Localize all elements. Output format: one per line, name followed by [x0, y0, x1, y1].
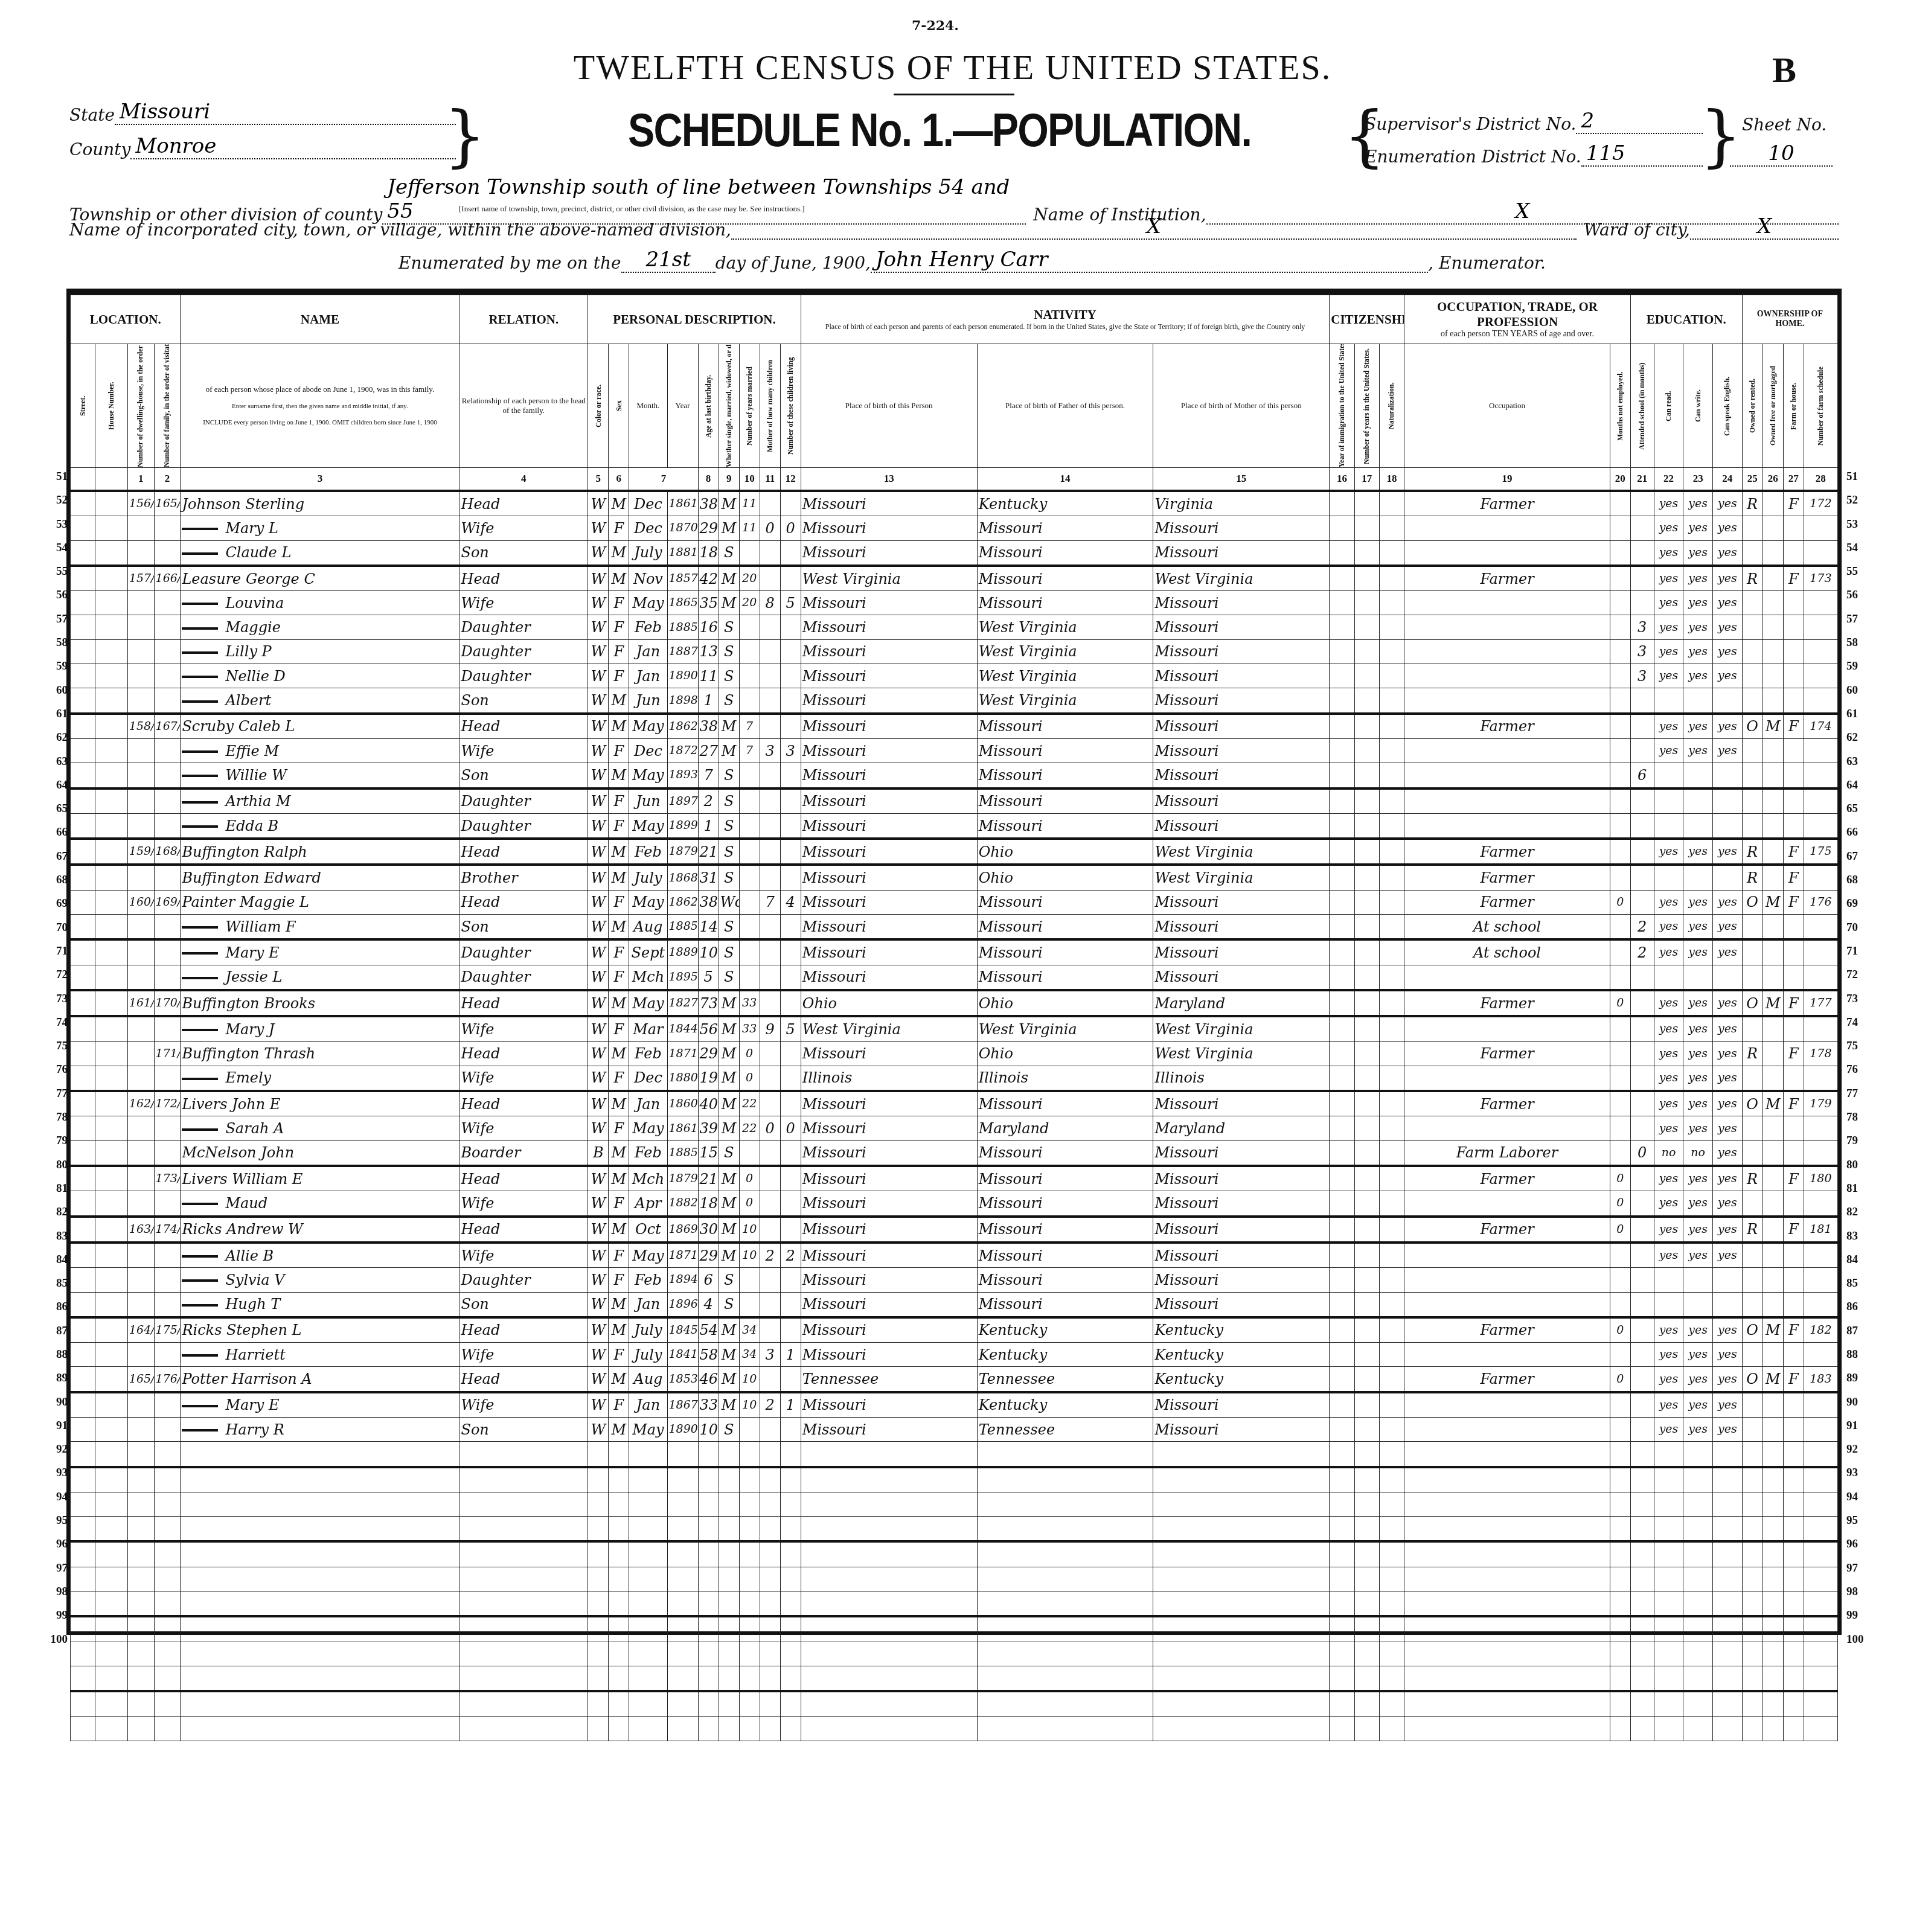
cell-birth[interactable]: Missouri	[801, 1268, 977, 1292]
cell-empty[interactable]	[667, 1642, 698, 1666]
cell-empty[interactable]	[698, 1517, 719, 1542]
cell-year[interactable]: 1880	[667, 1066, 698, 1091]
cell-yrs-married[interactable]	[739, 763, 760, 788]
cell-mother-of[interactable]	[760, 491, 780, 516]
cell-owned[interactable]	[1742, 664, 1763, 688]
sheet-no-value[interactable]: 10	[1730, 141, 1833, 167]
cell-empty[interactable]	[760, 1467, 780, 1492]
cell-empty[interactable]	[801, 1642, 977, 1666]
cell-not-emp[interactable]	[1610, 714, 1630, 739]
cell-owned[interactable]	[1742, 1016, 1763, 1041]
cell-age[interactable]: 42	[698, 566, 719, 591]
cell-sex[interactable]: M	[609, 688, 629, 714]
cell-mother[interactable]: Missouri	[1153, 915, 1330, 940]
cell-empty[interactable]	[1683, 1616, 1713, 1642]
cell-empty[interactable]	[181, 1467, 459, 1492]
cell-living[interactable]	[780, 990, 801, 1016]
cell-english[interactable]: yes	[1712, 664, 1742, 688]
cell-sex[interactable]: M	[609, 1217, 629, 1243]
cell-dwelling[interactable]: 163/159	[127, 1217, 154, 1243]
cell-father[interactable]: Missouri	[977, 566, 1153, 591]
cell-age[interactable]: 18	[698, 540, 719, 566]
cell-free[interactable]	[1763, 939, 1783, 965]
cell-free[interactable]	[1763, 1041, 1783, 1066]
cell-empty[interactable]	[181, 1492, 459, 1516]
cell-living[interactable]	[780, 1091, 801, 1116]
cell-color[interactable]: W	[588, 1367, 609, 1392]
cell-relation[interactable]: Head	[459, 1317, 588, 1343]
cell-empty[interactable]	[1153, 1541, 1330, 1567]
cell-yrs-married[interactable]	[739, 890, 760, 914]
cell-birth[interactable]: Missouri	[801, 738, 977, 763]
cell-free[interactable]	[1763, 664, 1783, 688]
cell-empty[interactable]	[977, 1442, 1153, 1467]
cell-empty[interactable]	[154, 1691, 181, 1716]
cell-name[interactable]: McNelson John	[181, 1140, 459, 1166]
table-row[interactable]: Claude LSonWMJuly188118SMissouriMissouri…	[71, 540, 1838, 566]
cell-name[interactable]: Jessie L	[181, 965, 459, 990]
cell-dwelling[interactable]	[127, 788, 154, 814]
cell-marital[interactable]: S	[719, 1140, 739, 1166]
cell-mother[interactable]: Maryland	[1153, 1116, 1330, 1140]
cell-sex[interactable]: M	[609, 915, 629, 940]
cell-mother-of[interactable]	[760, 788, 780, 814]
cell-living[interactable]: 4	[780, 890, 801, 914]
cell-empty[interactable]	[1763, 1691, 1783, 1716]
cell-father[interactable]: Maryland	[977, 1116, 1153, 1140]
cell-owned[interactable]	[1742, 1243, 1763, 1268]
cell-empty[interactable]	[1630, 1642, 1654, 1666]
cell-living[interactable]	[780, 1417, 801, 1441]
cell-yrs-married[interactable]	[739, 865, 760, 890]
cell-schedule[interactable]	[1804, 1066, 1837, 1091]
cell-empty[interactable]	[1783, 1442, 1804, 1467]
cell-month[interactable]: May	[629, 990, 667, 1016]
cell-color[interactable]: W	[588, 540, 609, 566]
cell-name[interactable]: Lilly P	[181, 639, 459, 664]
cell-yrs-married[interactable]	[739, 639, 760, 664]
cell-free[interactable]	[1763, 1066, 1783, 1091]
cell-marital[interactable]: M	[719, 566, 739, 591]
cell-empty[interactable]	[1683, 1691, 1713, 1716]
table-row-empty[interactable]	[71, 1666, 1838, 1691]
cell-empty[interactable]	[1683, 1541, 1713, 1567]
cell-english[interactable]: yes	[1712, 1191, 1742, 1217]
cell-schedule[interactable]: 172	[1804, 491, 1837, 516]
cell-dwelling[interactable]	[127, 1268, 154, 1292]
cell-relation[interactable]: Head	[459, 566, 588, 591]
cell-age[interactable]: 29	[698, 1041, 719, 1066]
cell-occupation[interactable]: Farmer	[1404, 990, 1610, 1016]
cell-not-emp[interactable]	[1610, 738, 1630, 763]
table-row-empty[interactable]	[71, 1591, 1838, 1617]
cell-birth[interactable]: Missouri	[801, 1292, 977, 1317]
cell-english[interactable]: yes	[1712, 890, 1742, 914]
cell-free[interactable]	[1763, 915, 1783, 940]
cell-empty[interactable]	[719, 1666, 739, 1691]
cell-relation[interactable]: Head	[459, 1091, 588, 1116]
cell-occupation[interactable]	[1404, 813, 1610, 839]
cell-empty[interactable]	[1683, 1591, 1713, 1617]
cell-empty[interactable]	[739, 1467, 760, 1492]
cell-schedule[interactable]: 179	[1804, 1091, 1837, 1116]
cell-schedule[interactable]	[1804, 591, 1837, 615]
cell-not-emp[interactable]	[1610, 1016, 1630, 1041]
cell-owned[interactable]	[1742, 738, 1763, 763]
cell-month[interactable]: May	[629, 890, 667, 914]
cell-owned[interactable]	[1742, 763, 1763, 788]
cell-schedule[interactable]	[1804, 615, 1837, 639]
cell-schedule[interactable]	[1804, 664, 1837, 688]
cell-year[interactable]: 1867	[667, 1392, 698, 1418]
cell-empty[interactable]	[739, 1591, 760, 1617]
cell-empty[interactable]	[588, 1492, 609, 1516]
cell-empty[interactable]	[127, 1591, 154, 1617]
cell-empty[interactable]	[154, 1591, 181, 1617]
cell-father[interactable]: Missouri	[977, 813, 1153, 839]
cell-name[interactable]: Buffington Ralph	[181, 839, 459, 865]
cell-empty[interactable]	[760, 1691, 780, 1716]
cell-age[interactable]: 10	[698, 1417, 719, 1441]
cell-dwelling[interactable]	[127, 540, 154, 566]
cell-empty[interactable]	[1763, 1541, 1783, 1567]
cell-birth[interactable]: Missouri	[801, 1116, 977, 1140]
cell-relation[interactable]: Son	[459, 915, 588, 940]
cell-empty[interactable]	[1763, 1666, 1783, 1691]
cell-relation[interactable]: Daughter	[459, 813, 588, 839]
cell-dwelling[interactable]: 165/161	[127, 1367, 154, 1392]
cell-not-emp[interactable]	[1610, 639, 1630, 664]
cell-owned[interactable]	[1742, 1417, 1763, 1441]
cell-living[interactable]	[780, 1317, 801, 1343]
cell-read[interactable]: yes	[1654, 1417, 1683, 1441]
table-row[interactable]: MaudWifeWFApr188218M0MissouriMissouriMis…	[71, 1191, 1838, 1217]
cell-family[interactable]: 166/172	[154, 566, 181, 591]
cell-empty[interactable]	[1763, 1492, 1783, 1516]
cell-family[interactable]	[154, 865, 181, 890]
cell-occupation[interactable]: Farmer	[1404, 566, 1610, 591]
cell-farm[interactable]: F	[1783, 1217, 1804, 1243]
cell-color[interactable]: W	[588, 1268, 609, 1292]
cell-write[interactable]: yes	[1683, 714, 1713, 739]
cell-empty[interactable]	[780, 1716, 801, 1741]
cell-sex[interactable]: M	[609, 763, 629, 788]
cell-empty[interactable]	[698, 1591, 719, 1617]
cell-father[interactable]: Kentucky	[977, 1392, 1153, 1418]
cell-english[interactable]: yes	[1712, 1091, 1742, 1116]
cell-year[interactable]: 1871	[667, 1041, 698, 1066]
cell-empty[interactable]	[760, 1716, 780, 1741]
cell-empty[interactable]	[1153, 1517, 1330, 1542]
cell-marital[interactable]: S	[719, 1268, 739, 1292]
cell-year[interactable]: 1841	[667, 1343, 698, 1367]
cell-occupation[interactable]	[1404, 1292, 1610, 1317]
cell-english[interactable]	[1712, 813, 1742, 839]
cell-english[interactable]	[1712, 865, 1742, 890]
cell-relation[interactable]: Wife	[459, 738, 588, 763]
cell-empty[interactable]	[780, 1492, 801, 1516]
cell-occupation[interactable]	[1404, 1268, 1610, 1292]
cell-dwelling[interactable]	[127, 1417, 154, 1441]
cell-mother-of[interactable]	[760, 688, 780, 714]
cell-empty[interactable]	[609, 1467, 629, 1492]
cell-yrs-married[interactable]	[739, 540, 760, 566]
cell-english[interactable]	[1712, 688, 1742, 714]
cell-schedule[interactable]	[1804, 763, 1837, 788]
cell-relation[interactable]: Daughter	[459, 1268, 588, 1292]
cell-free[interactable]	[1763, 813, 1783, 839]
cell-age[interactable]: 18	[698, 1191, 719, 1217]
cell-schedule[interactable]	[1804, 639, 1837, 664]
cell-mother[interactable]: Missouri	[1153, 1243, 1330, 1268]
cell-birth[interactable]: West Virginia	[801, 566, 977, 591]
cell-not-emp[interactable]: 0	[1610, 1191, 1630, 1217]
cell-school[interactable]	[1630, 990, 1654, 1016]
cell-yrs-married[interactable]	[739, 965, 760, 990]
cell-dwelling[interactable]	[127, 1392, 154, 1418]
cell-sex[interactable]: F	[609, 639, 629, 664]
cell-living[interactable]	[780, 788, 801, 814]
cell-not-emp[interactable]	[1610, 566, 1630, 591]
cell-empty[interactable]	[1153, 1467, 1330, 1492]
cell-year[interactable]: 1870	[667, 516, 698, 540]
cell-write[interactable]: yes	[1683, 990, 1713, 1016]
cell-empty[interactable]	[1354, 1616, 1379, 1642]
cell-empty[interactable]	[1404, 1666, 1610, 1691]
cell-marital[interactable]: S	[719, 839, 739, 865]
cell-color[interactable]: W	[588, 1041, 609, 1066]
cell-empty[interactable]	[667, 1517, 698, 1542]
cell-empty[interactable]	[1742, 1492, 1763, 1516]
cell-empty[interactable]	[719, 1517, 739, 1542]
cell-empty[interactable]	[95, 1492, 128, 1516]
cell-month[interactable]: Dec	[629, 738, 667, 763]
cell-empty[interactable]	[1153, 1716, 1330, 1741]
cell-month[interactable]: Jan	[629, 1392, 667, 1418]
table-row[interactable]: 171/177Buffington ThrashHeadWMFeb187129M…	[71, 1041, 1838, 1066]
cell-yrs-married[interactable]: 10	[739, 1392, 760, 1418]
cell-owned[interactable]	[1742, 540, 1763, 566]
cell-empty[interactable]	[1404, 1541, 1610, 1567]
cell-month[interactable]: Nov	[629, 566, 667, 591]
cell-empty[interactable]	[181, 1716, 459, 1741]
cell-empty[interactable]	[588, 1517, 609, 1542]
cell-school[interactable]	[1630, 1217, 1654, 1243]
cell-dwelling[interactable]	[127, 639, 154, 664]
cell-family[interactable]	[154, 540, 181, 566]
cell-mother[interactable]: Missouri	[1153, 1191, 1330, 1217]
cell-empty[interactable]	[1654, 1567, 1683, 1591]
cell-color[interactable]: W	[588, 491, 609, 516]
cell-occupation[interactable]	[1404, 1191, 1610, 1217]
cell-empty[interactable]	[459, 1691, 588, 1716]
cell-empty[interactable]	[1610, 1666, 1630, 1691]
cell-year[interactable]: 1868	[667, 865, 698, 890]
cell-school[interactable]	[1630, 1367, 1654, 1392]
cell-empty[interactable]	[1610, 1716, 1630, 1741]
cell-free[interactable]: M	[1763, 890, 1783, 914]
cell-year[interactable]: 1865	[667, 591, 698, 615]
cell-age[interactable]: 1	[698, 688, 719, 714]
cell-dwelling[interactable]: 156/152	[127, 491, 154, 516]
cell-owned[interactable]	[1742, 639, 1763, 664]
cell-empty[interactable]	[127, 1716, 154, 1741]
cell-school[interactable]: 3	[1630, 639, 1654, 664]
cell-marital[interactable]: M	[719, 1243, 739, 1268]
cell-write[interactable]: yes	[1683, 915, 1713, 940]
cell-birth[interactable]: Missouri	[801, 1243, 977, 1268]
cell-empty[interactable]	[1783, 1642, 1804, 1666]
cell-owned[interactable]	[1742, 1066, 1763, 1091]
cell-empty[interactable]	[1763, 1567, 1783, 1591]
enumeration-district-value[interactable]: 115	[1581, 141, 1703, 167]
cell-schedule[interactable]: 177	[1804, 990, 1837, 1016]
cell-free[interactable]: M	[1763, 714, 1783, 739]
cell-year[interactable]: 1862	[667, 890, 698, 914]
cell-write[interactable]: yes	[1683, 1191, 1713, 1217]
cell-write[interactable]: yes	[1683, 1041, 1713, 1066]
table-row[interactable]: Sarah AWifeWFMay186139M2200MissouriMaryl…	[71, 1116, 1838, 1140]
cell-empty[interactable]	[1654, 1591, 1683, 1617]
cell-empty[interactable]	[1404, 1591, 1610, 1617]
cell-empty[interactable]	[1654, 1616, 1683, 1642]
cell-owned[interactable]	[1742, 516, 1763, 540]
cell-empty[interactable]	[739, 1567, 760, 1591]
cell-age[interactable]: 6	[698, 1268, 719, 1292]
cell-empty[interactable]	[1379, 1691, 1404, 1716]
cell-living[interactable]	[780, 566, 801, 591]
cell-birth[interactable]: Missouri	[801, 1392, 977, 1418]
cell-mother-of[interactable]: 7	[760, 890, 780, 914]
cell-english[interactable]	[1712, 1292, 1742, 1317]
cell-marital[interactable]: M	[719, 1367, 739, 1392]
cell-empty[interactable]	[95, 1691, 128, 1716]
cell-father[interactable]: West Virginia	[977, 688, 1153, 714]
cell-family[interactable]: 176/182	[154, 1367, 181, 1392]
cell-not-emp[interactable]	[1610, 915, 1630, 940]
cell-family[interactable]	[154, 591, 181, 615]
cell-name[interactable]: Scruby Caleb L	[181, 714, 459, 739]
cell-family[interactable]	[154, 639, 181, 664]
cell-family[interactable]	[154, 813, 181, 839]
cell-father[interactable]: Ohio	[977, 1041, 1153, 1066]
cell-not-emp[interactable]: 0	[1610, 1166, 1630, 1191]
cell-farm[interactable]	[1783, 688, 1804, 714]
cell-occupation[interactable]: Farmer	[1404, 865, 1610, 890]
cell-empty[interactable]	[629, 1442, 667, 1467]
cell-empty[interactable]	[1379, 1716, 1404, 1741]
cell-birth[interactable]: Missouri	[801, 1140, 977, 1166]
cell-empty[interactable]	[801, 1567, 977, 1591]
cell-family[interactable]	[154, 1392, 181, 1418]
cell-english[interactable]: yes	[1712, 1367, 1742, 1392]
cell-empty[interactable]	[801, 1591, 977, 1617]
cell-name[interactable]: Mary J	[181, 1016, 459, 1041]
cell-empty[interactable]	[71, 1541, 95, 1567]
cell-year[interactable]: 1857	[667, 566, 698, 591]
cell-name[interactable]: Allie B	[181, 1243, 459, 1268]
cell-year[interactable]: 1890	[667, 1417, 698, 1441]
table-row[interactable]: Buffington EdwardBrotherWMJuly186831SMis…	[71, 865, 1838, 890]
cell-empty[interactable]	[667, 1492, 698, 1516]
cell-mother-of[interactable]	[760, 1140, 780, 1166]
cell-owned[interactable]	[1742, 688, 1763, 714]
cell-mother-of[interactable]	[760, 865, 780, 890]
cell-dwelling[interactable]	[127, 738, 154, 763]
cell-farm[interactable]: F	[1783, 839, 1804, 865]
cell-birth[interactable]: Missouri	[801, 1041, 977, 1066]
cell-farm[interactable]	[1783, 1116, 1804, 1140]
cell-living[interactable]	[780, 714, 801, 739]
cell-not-emp[interactable]	[1610, 865, 1630, 890]
cell-empty[interactable]	[1330, 1666, 1354, 1691]
cell-empty[interactable]	[609, 1616, 629, 1642]
cell-birth[interactable]: Missouri	[801, 915, 977, 940]
cell-empty[interactable]	[801, 1517, 977, 1542]
cell-mother-of[interactable]: 9	[760, 1016, 780, 1041]
cell-month[interactable]: Mch	[629, 1166, 667, 1191]
cell-marital[interactable]: S	[719, 688, 739, 714]
cell-mother[interactable]: Missouri	[1153, 714, 1330, 739]
cell-not-emp[interactable]	[1610, 1116, 1630, 1140]
enumerated-day[interactable]: 21st	[621, 248, 716, 273]
cell-write[interactable]: yes	[1683, 1066, 1713, 1091]
cell-birth[interactable]: Missouri	[801, 1417, 977, 1441]
cell-schedule[interactable]	[1804, 1268, 1837, 1292]
cell-empty[interactable]	[780, 1691, 801, 1716]
cell-age[interactable]: 46	[698, 1367, 719, 1392]
cell-empty[interactable]	[1610, 1517, 1630, 1542]
cell-yrs-married[interactable]: 34	[739, 1317, 760, 1343]
cell-farm[interactable]: F	[1783, 990, 1804, 1016]
cell-read[interactable]: yes	[1654, 639, 1683, 664]
table-row[interactable]: 162/158172/178Livers John EHeadWMJan1860…	[71, 1091, 1838, 1116]
cell-sex[interactable]: F	[609, 1116, 629, 1140]
table-row[interactable]: Hugh TSonWMJan18964SMissouriMissouriMiss…	[71, 1292, 1838, 1317]
cell-empty[interactable]	[1404, 1492, 1610, 1516]
cell-father[interactable]: Missouri	[977, 915, 1153, 940]
cell-write[interactable]	[1683, 1268, 1713, 1292]
cell-birth[interactable]: Missouri	[801, 714, 977, 739]
cell-write[interactable]: yes	[1683, 1243, 1713, 1268]
cell-school[interactable]	[1630, 566, 1654, 591]
cell-school[interactable]	[1630, 1166, 1654, 1191]
cell-empty[interactable]	[1783, 1616, 1804, 1642]
cell-color[interactable]: W	[588, 639, 609, 664]
cell-empty[interactable]	[1610, 1567, 1630, 1591]
cell-farm[interactable]	[1783, 1343, 1804, 1367]
table-row-empty[interactable]	[71, 1442, 1838, 1467]
cell-relation[interactable]: Daughter	[459, 615, 588, 639]
cell-farm[interactable]: F	[1783, 1041, 1804, 1066]
cell-mother[interactable]: Missouri	[1153, 516, 1330, 540]
cell-color[interactable]: W	[588, 1392, 609, 1418]
cell-family[interactable]: 172/178	[154, 1091, 181, 1116]
cell-read[interactable]: yes	[1654, 1091, 1683, 1116]
cell-name[interactable]: Buffington Thrash	[181, 1041, 459, 1066]
cell-occupation[interactable]	[1404, 1016, 1610, 1041]
table-row[interactable]: McNelson JohnBoarderBMFeb188515SMissouri…	[71, 1140, 1838, 1166]
cell-empty[interactable]	[1354, 1691, 1379, 1716]
cell-color[interactable]: W	[588, 1191, 609, 1217]
cell-write[interactable]: yes	[1683, 516, 1713, 540]
cell-empty[interactable]	[1379, 1541, 1404, 1567]
cell-schedule[interactable]	[1804, 1392, 1837, 1418]
cell-living[interactable]	[780, 839, 801, 865]
cell-empty[interactable]	[977, 1492, 1153, 1516]
cell-english[interactable]: yes	[1712, 566, 1742, 591]
cell-empty[interactable]	[1763, 1591, 1783, 1617]
